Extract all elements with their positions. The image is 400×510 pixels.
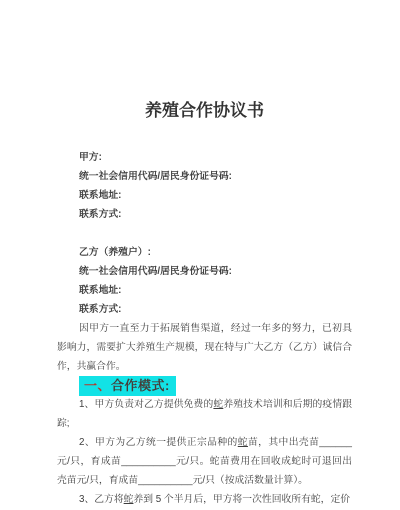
clause-2: 2、甲方为乙方统一提供正宗品种的蛇苗，其中出壳苗______元/只，育成苗___… (57, 433, 352, 490)
preamble-paragraph: 因甲方一直至力于拓展销售渠道，经过一年多的努力，已初具影响力，需要扩大养殖生产规… (57, 319, 352, 376)
section-1-number: 一、 (84, 378, 111, 393)
clause-3: 3、乙方将蛇养到 5 个半月后，甲方将一次性回收所有蛇，定价 (57, 490, 352, 509)
document-title: 养殖合作协议书 (57, 99, 352, 123)
clause-3-filled-in-word: 蛇 (124, 494, 134, 505)
party-a-credit-code-label: 统一社会信用代码/居民身份证号码: (57, 167, 352, 186)
section-1-heading: 一、合作模式: (57, 376, 352, 395)
party-b-credit-code-label: 统一社会信用代码/居民身份证号码: (57, 262, 352, 281)
party-b-address-label: 联系地址: (57, 281, 352, 300)
section-1-highlight: 一、合作模式: (79, 376, 176, 396)
document-page: 养殖合作协议书 甲方: 统一社会信用代码/居民身份证号码: 联系地址: 联系方式… (0, 0, 400, 510)
party-b-heading: 乙方（养殖户）: (57, 243, 352, 262)
party-a-contact-label: 联系方式: (57, 205, 352, 224)
party-b-contact-label: 联系方式: (57, 300, 352, 319)
party-a-address-label: 联系地址: (57, 186, 352, 205)
party-a-heading: 甲方: (57, 148, 352, 167)
clause-1: 1、甲方负责对乙方提供免费的蛇养殖技术培训和后期的疫情跟踪; (57, 395, 352, 433)
clause-2-text: 2、甲方为乙方统一提供正宗品种的 (79, 437, 238, 448)
clause-3-text: 3、乙方将 (79, 494, 124, 505)
clause-1-filled-in-word: 蛇 (213, 399, 223, 410)
clause-1-text: 1、甲方负责对乙方提供免费的 (79, 399, 213, 410)
clause-3-text-cont: 养到 5 个半月后，甲方将一次性回收所有蛇，定价 (133, 494, 350, 505)
spacer (57, 224, 352, 243)
clause-2-filled-in-word: 蛇 (238, 437, 248, 448)
section-1-title: 合作模式: (111, 378, 170, 393)
